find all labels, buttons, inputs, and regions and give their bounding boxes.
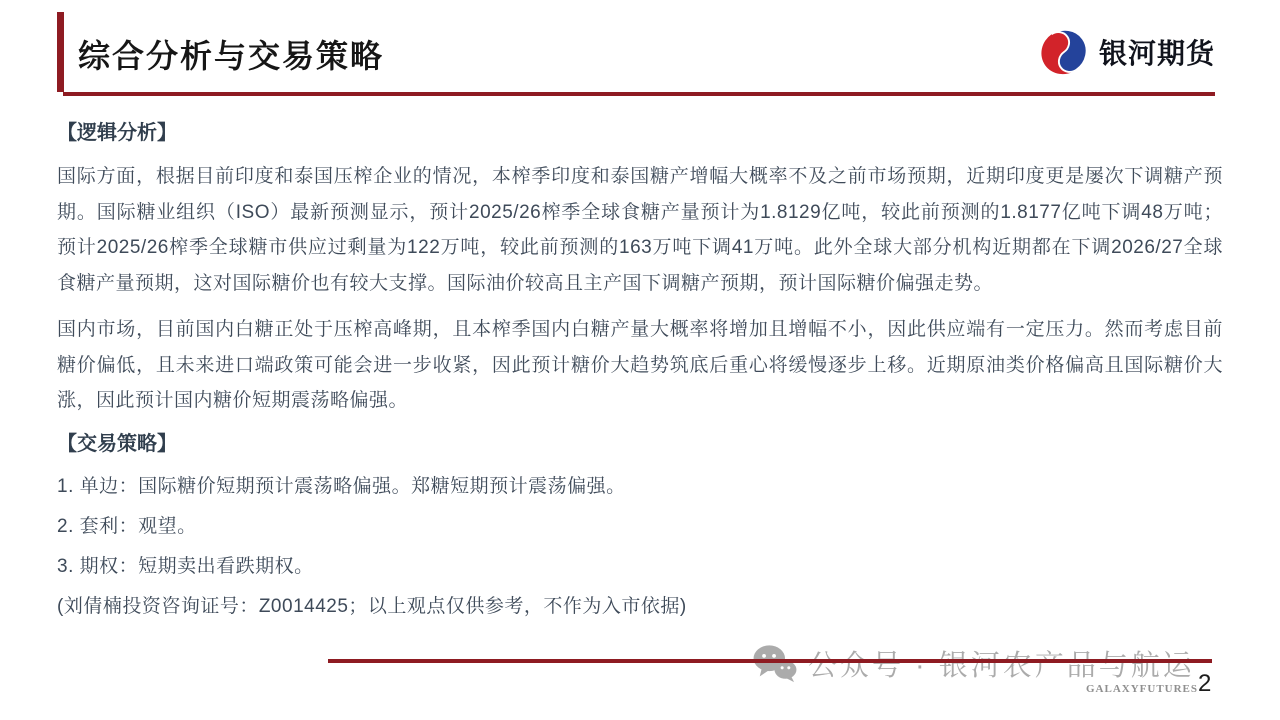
watermark-text: 公众号 · 银河农产品与航运 [808,643,1195,684]
galaxy-swirl-icon [1038,28,1090,76]
wechat-watermark: 公众号 · 银河农产品与航运 [752,643,1195,684]
strategy-items: 1. 单边：国际糖价短期预计震荡略偏强。郑糖短期预计震荡偏强。 2. 套利：观望… [57,467,1223,627]
analysis-paragraph-international: 国际方面，根据目前印度和泰国压榨企业的情况，本榨季印度和泰国糖产增幅大概率不及之… [57,159,1223,301]
company-logo: 银河期货 [1038,28,1215,76]
page-number: 2 [1198,670,1211,698]
slide-content: 【逻辑分析】 国际方面，根据目前印度和泰国压榨企业的情况，本榨季印度和泰国糖产增… [57,118,1223,627]
wechat-icon [752,644,798,684]
analysis-heading: 【逻辑分析】 [57,118,1223,148]
strategy-disclaimer: (刘倩楠投资咨询证号：Z0014425；以上观点仅供参考，不作为入市依据) [57,587,1223,627]
strategy-item-outright: 1. 单边：国际糖价短期预计震荡略偏强。郑糖短期预计震荡偏强。 [57,467,1223,507]
strategy-item-arbitrage: 2. 套利：观望。 [57,507,1223,547]
slide: 综合分析与交易策略 银河期货 【逻辑分析】 国际方面，根据目前印度和泰国压榨企业… [0,0,1280,720]
analysis-paragraph-domestic: 国内市场，目前国内白糖正处于压榨高峰期，且本榨季国内白糖产量大概率将增加且增幅不… [57,312,1223,419]
header-divider [63,92,1215,96]
strategy-item-options: 3. 期权：短期卖出看跌期权。 [57,547,1223,587]
title-accent-bar [57,12,64,92]
footer-divider [328,659,1212,663]
company-name: 银河期货 [1099,32,1215,72]
brand-small-text: GALAXYFUTURES [1086,683,1198,695]
strategy-heading: 【交易策略】 [57,429,1223,459]
page-title: 综合分析与交易策略 [78,33,384,79]
